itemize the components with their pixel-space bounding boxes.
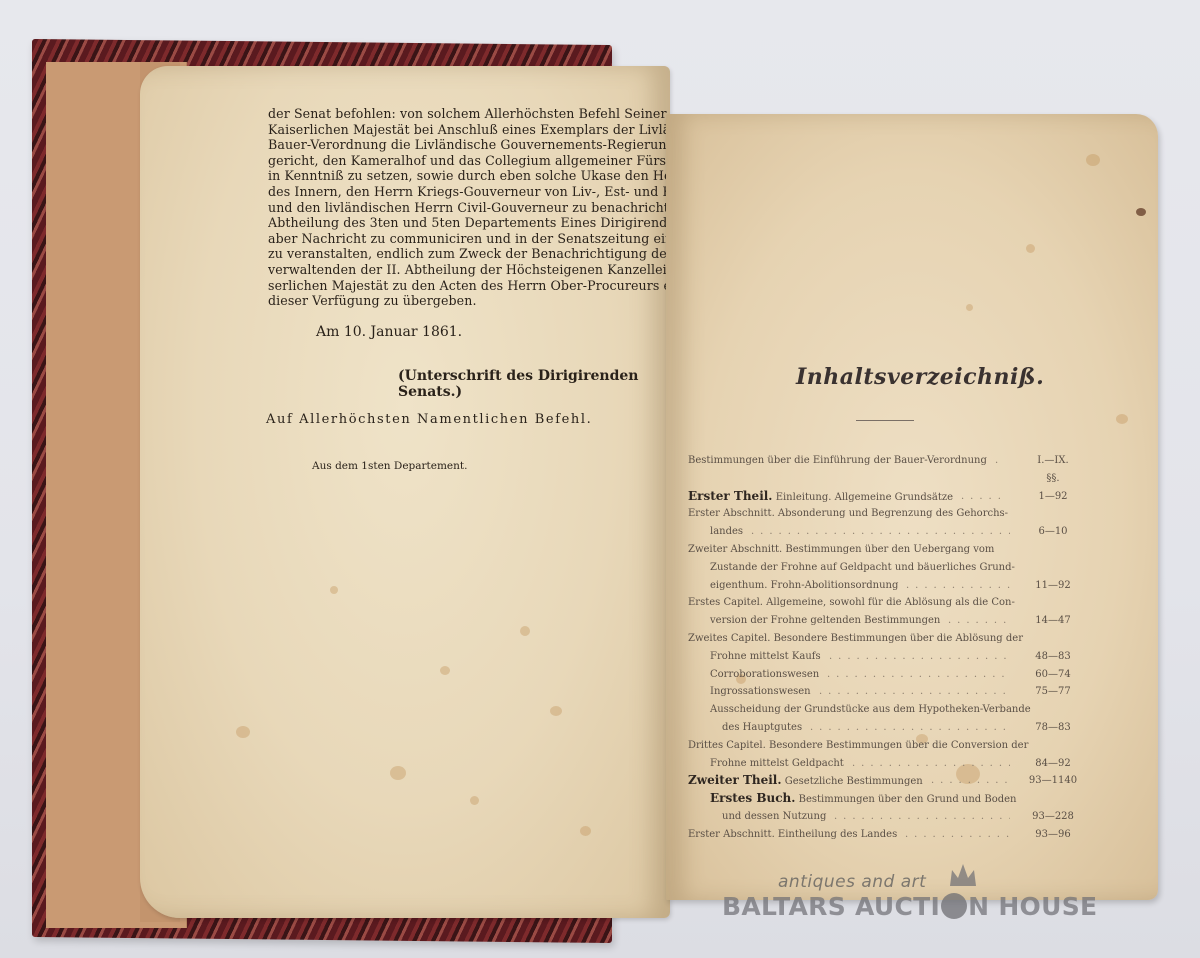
- text-line: des Innern, den Herrn Kriegs-Gouverneur …: [268, 184, 670, 200]
- foxing-spot: [550, 706, 562, 716]
- toc-row: Zweiter Abschnitt. Bestimmungen über den…: [688, 541, 1088, 559]
- toc-row: Erster Abschnitt. Eintheilung des Landes…: [688, 826, 1088, 844]
- dot-leader: .....................: [827, 666, 1010, 684]
- dot-leader: .......................: [810, 719, 1010, 737]
- dot-leader: .....................: [829, 648, 1010, 666]
- foxing-spot: [580, 826, 591, 836]
- text-line: zu veranstalten, endlich zum Zweck der B…: [268, 246, 670, 262]
- right-page: Inhaltsverzeichniß. Bestimmungen über di…: [666, 114, 1158, 900]
- text-line: verwaltenden der II. Abtheilung der Höch…: [268, 262, 670, 278]
- toc-row: §§.: [688, 470, 1088, 488]
- dot-leader: .........: [931, 772, 1010, 790]
- text-line: und den livländischen Herrn Civil-Gouver…: [268, 200, 670, 216]
- toc-row: Corroborationswesen 60—74 ..............…: [688, 666, 1088, 684]
- foxing-spot: [470, 796, 479, 805]
- toc-row: Bestimmungen über die Einführung der Bau…: [688, 452, 1088, 470]
- toc-row: Ingrossationswesen 75—77 ...............…: [688, 683, 1088, 701]
- text-line: gericht, den Kameralhof und das Collegiu…: [268, 153, 670, 169]
- toc-row: Erster Abschnitt. Absonderung und Begren…: [688, 505, 1088, 523]
- toc-row: Zweites Capitel. Besondere Bestimmungen …: [688, 630, 1088, 648]
- title-rule: [856, 420, 914, 421]
- foxing-spot: [236, 726, 250, 738]
- table-of-contents: Bestimmungen über die Einführung der Bau…: [688, 452, 1088, 844]
- text-line: Abtheilung des 3ten und 5ten Departement…: [268, 215, 670, 231]
- toc-row: Frohne mittelst Kaufs 48—83 ............…: [688, 648, 1088, 666]
- decree-text: der Senat befohlen: von solchem Allerhöc…: [268, 106, 670, 309]
- toc-row: Erster Theil. Einleitung. Allgemeine Gru…: [688, 488, 1088, 506]
- dot-leader: ..............................: [751, 523, 1010, 541]
- foxing-spot: [1026, 244, 1035, 253]
- text-line: serlichen Majestät zu den Acten des Herr…: [268, 278, 670, 294]
- dot-leader: ....................: [834, 808, 1010, 826]
- toc-row: landes 6—10 ............................…: [688, 523, 1088, 541]
- toc-row: Zweiter Theil. Gesetzliche Bestimmungen …: [688, 772, 1088, 790]
- text-line: Kaiserlichen Majestät bei Anschluß eines…: [268, 122, 670, 138]
- toc-row: Drittes Capitel. Besondere Bestimmungen …: [688, 737, 1088, 755]
- toc-row: eigenthum. Frohn-Abolitionsordnung 11—92…: [688, 577, 1088, 595]
- signature-line: (Unterschrift des Dirigirenden Senats.): [398, 368, 670, 400]
- foxing-spot: [330, 586, 338, 594]
- text-line: der Senat befohlen: von solchem Allerhöc…: [268, 106, 670, 122]
- text-line: dieser Verfügung zu übergeben.: [268, 293, 670, 309]
- dot-leader: ............: [906, 577, 1010, 595]
- toc-row: Erstes Buch. Bestimmungen über den Grund…: [688, 790, 1088, 808]
- decree-date: Am 10. Januar 1861.: [316, 324, 462, 340]
- text-line: Bauer-Verordnung die Livländische Gouver…: [268, 137, 670, 153]
- toc-row: und dessen Nutzung 93—228 ..............…: [688, 808, 1088, 826]
- department-line: Aus dem 1sten Departement.: [312, 460, 467, 472]
- foxing-spot: [1086, 154, 1100, 166]
- toc-row: version der Frohne geltenden Bestimmunge…: [688, 612, 1088, 630]
- text-line: aber Nachricht zu communiciren und in de…: [268, 231, 670, 247]
- foxing-spot: [440, 666, 450, 675]
- foxing-spot: [966, 304, 973, 311]
- dot-leader: ..................: [852, 755, 1010, 773]
- toc-row: Zustande der Frohne auf Geldpacht und bä…: [688, 559, 1088, 577]
- toc-title: Inhaltsverzeichniß.: [796, 364, 1044, 390]
- dot-leader: .....: [961, 488, 1010, 506]
- toc-row: Frohne mittelst Geldpacht 84—92 ........…: [688, 755, 1088, 773]
- toc-row: Ausscheidung der Grundstücke aus dem Hyp…: [688, 701, 1088, 719]
- foxing-spot: [520, 626, 530, 636]
- dot-leader: .......: [948, 612, 1010, 630]
- command-line: Auf Allerhöchsten Namentlichen Befehl.: [266, 412, 592, 427]
- dot-leader: ......................: [819, 683, 1010, 701]
- foxing-spot: [1116, 414, 1128, 424]
- ink-stain: [1136, 208, 1146, 216]
- left-page: der Senat befohlen: von solchem Allerhöc…: [140, 66, 670, 918]
- dot-leader: .: [995, 452, 1010, 470]
- toc-row: Erstes Capitel. Allgemeine, sowohl für d…: [688, 594, 1088, 612]
- text-line: in Kenntniß zu setzen, sowie durch eben …: [268, 168, 670, 184]
- toc-row: des Hauptgutes 78—83 ...................…: [688, 719, 1088, 737]
- dot-leader: ............: [905, 826, 1010, 844]
- foxing-spot: [390, 766, 406, 780]
